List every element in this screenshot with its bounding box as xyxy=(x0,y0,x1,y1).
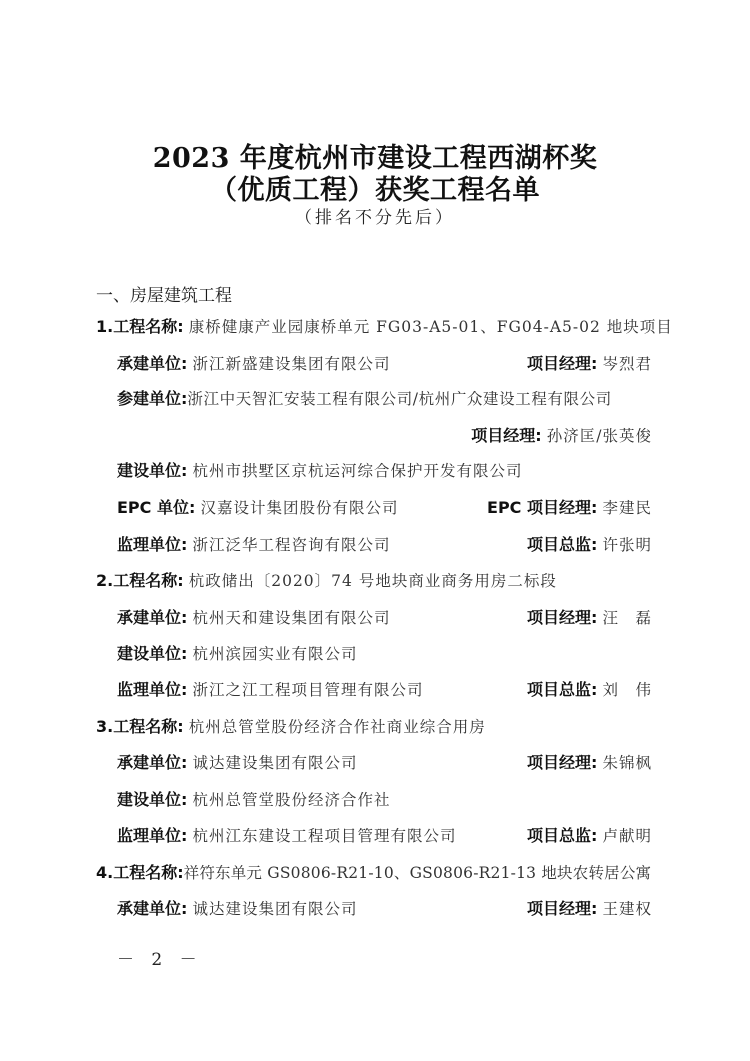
chief-supervisor-value: 卢献明 xyxy=(602,827,652,845)
project-1-developer-row: 建设单位: 杭州市拱墅区京杭运河综合保护开发有限公司 xyxy=(0,459,750,483)
supervisor-unit-value: 杭州江东建设工程项目管理有限公司 xyxy=(193,827,457,845)
page-number: － 2 － xyxy=(117,945,203,970)
document-subtitle: （排名不分先后） xyxy=(0,203,750,228)
project-1-name-row: 1.工程名称: 康桥健康产业园康桥单元 FG03-A5-01、FG04-A5-0… xyxy=(0,315,750,339)
project-name-label: 工程名称: xyxy=(113,717,183,736)
participant-value: 浙江中天智汇安装工程有限公司/杭州广众建设工程有限公司 xyxy=(187,390,611,408)
project-name-label: 工程名称: xyxy=(113,571,183,590)
developer-value: 杭州市拱墅区京杭运河综合保护开发有限公司 xyxy=(193,462,523,480)
project-manager-label: 项目经理: xyxy=(527,753,597,772)
project-1-supervisor-row: 监理单位: 浙江泛华工程咨询有限公司 项目总监: 许张明 xyxy=(0,533,750,557)
contractor-value: 诚达建设集团有限公司 xyxy=(193,900,358,918)
contractor-label: 承建单位: xyxy=(117,608,187,627)
project-1-participant-row: 参建单位:浙江中天智汇安装工程有限公司/杭州广众建设工程有限公司 xyxy=(0,387,750,411)
participant-manager-value: 孙济匡/张英俊 xyxy=(547,427,652,445)
chief-supervisor-label: 项目总监: xyxy=(527,535,597,554)
project-1-contractor-row: 承建单位: 浙江新盛建设集团有限公司 项目经理: 岑烈君 xyxy=(0,352,750,376)
contractor-value: 杭州天和建设集团有限公司 xyxy=(193,609,391,627)
supervisor-unit-label: 监理单位: xyxy=(117,680,187,699)
project-number: 2. xyxy=(96,571,113,590)
developer-label: 建设单位: xyxy=(117,790,187,809)
contractor-value: 浙江新盛建设集团有限公司 xyxy=(193,355,391,373)
participant-label: 参建单位: xyxy=(117,389,187,408)
chief-supervisor-value: 刘 伟 xyxy=(602,681,652,699)
supervisor-unit-label: 监理单位: xyxy=(117,535,187,554)
supervisor-unit-label: 监理单位: xyxy=(117,826,187,845)
contractor-label: 承建单位: xyxy=(117,354,187,373)
project-manager-value: 王建权 xyxy=(602,900,652,918)
project-2-contractor-row: 承建单位: 杭州天和建设集团有限公司 项目经理: 汪 磊 xyxy=(0,606,750,630)
project-2-developer-row: 建设单位: 杭州滨园实业有限公司 xyxy=(0,642,750,666)
chief-supervisor-label: 项目总监: xyxy=(527,680,597,699)
project-manager-label: 项目经理: xyxy=(527,354,597,373)
project-number: 4. xyxy=(96,863,113,882)
epc-unit-value: 汉嘉设计集团股份有限公司 xyxy=(200,499,398,517)
contractor-label: 承建单位: xyxy=(117,899,187,918)
supervisor-unit-value: 浙江之江工程项目管理有限公司 xyxy=(193,681,424,699)
project-3-supervisor-row: 监理单位: 杭州江东建设工程项目管理有限公司 项目总监: 卢献明 xyxy=(0,824,750,848)
project-2-name-row: 2.工程名称: 杭政储出〔2020〕74 号地块商业商务用房二标段 xyxy=(0,569,750,593)
chief-supervisor-label: 项目总监: xyxy=(527,826,597,845)
project-1-participant-manager-row: 项目经理: 孙济匡/张英俊 xyxy=(0,424,750,448)
project-manager-value: 岑烈君 xyxy=(602,355,652,373)
epc-manager-value: 李建民 xyxy=(602,499,652,517)
project-manager-value: 朱锦枫 xyxy=(602,754,652,772)
project-name-label: 工程名称: xyxy=(113,863,183,882)
project-3-developer-row: 建设单位: 杭州总管堂股份经济合作社 xyxy=(0,788,750,812)
project-manager-label: 项目经理: xyxy=(471,426,541,445)
project-name-value: 杭政储出〔2020〕74 号地块商业商务用房二标段 xyxy=(189,572,557,590)
project-4-contractor-row: 承建单位: 诚达建设集团有限公司 项目经理: 王建权 xyxy=(0,897,750,921)
project-manager-label: 项目经理: xyxy=(527,899,597,918)
project-number: 3. xyxy=(96,717,113,736)
project-3-name-row: 3.工程名称: 杭州总管堂股份经济合作社商业综合用房 xyxy=(0,715,750,739)
project-name-value: 祥符东单元 GS0806-R21-10、GS0806-R21-13 地块农转居公… xyxy=(184,864,652,882)
developer-label: 建设单位: xyxy=(117,461,187,480)
project-manager-label: 项目经理: xyxy=(527,608,597,627)
supervisor-unit-value: 浙江泛华工程咨询有限公司 xyxy=(193,536,391,554)
developer-label: 建设单位: xyxy=(117,644,187,663)
contractor-label: 承建单位: xyxy=(117,753,187,772)
project-number: 1. xyxy=(96,317,113,336)
project-name-value: 杭州总管堂股份经济合作社商业综合用房 xyxy=(189,718,486,736)
project-2-supervisor-row: 监理单位: 浙江之江工程项目管理有限公司 项目总监: 刘 伟 xyxy=(0,678,750,702)
section-heading: 一、房屋建筑工程 xyxy=(96,281,232,306)
developer-value: 杭州滨园实业有限公司 xyxy=(193,645,358,663)
developer-value: 杭州总管堂股份经济合作社 xyxy=(193,791,391,809)
project-1-epc-row: EPC 单位: 汉嘉设计集团股份有限公司 EPC 项目经理: 李建民 xyxy=(0,496,750,520)
project-4-name-row: 4.工程名称:祥符东单元 GS0806-R21-10、GS0806-R21-13… xyxy=(0,861,750,885)
epc-manager-label: EPC 项目经理: xyxy=(487,498,597,517)
project-name-value: 康桥健康产业园康桥单元 FG03-A5-01、FG04-A5-02 地块项目 xyxy=(189,318,673,336)
document-title-line2: （优质工程）获奖工程名单 xyxy=(0,168,750,207)
project-manager-value: 汪 磊 xyxy=(602,609,652,627)
contractor-value: 诚达建设集团有限公司 xyxy=(193,754,358,772)
project-3-contractor-row: 承建单位: 诚达建设集团有限公司 项目经理: 朱锦枫 xyxy=(0,751,750,775)
project-name-label: 工程名称: xyxy=(113,317,183,336)
epc-unit-label: EPC 单位: xyxy=(117,498,195,517)
chief-supervisor-value: 许张明 xyxy=(602,536,652,554)
